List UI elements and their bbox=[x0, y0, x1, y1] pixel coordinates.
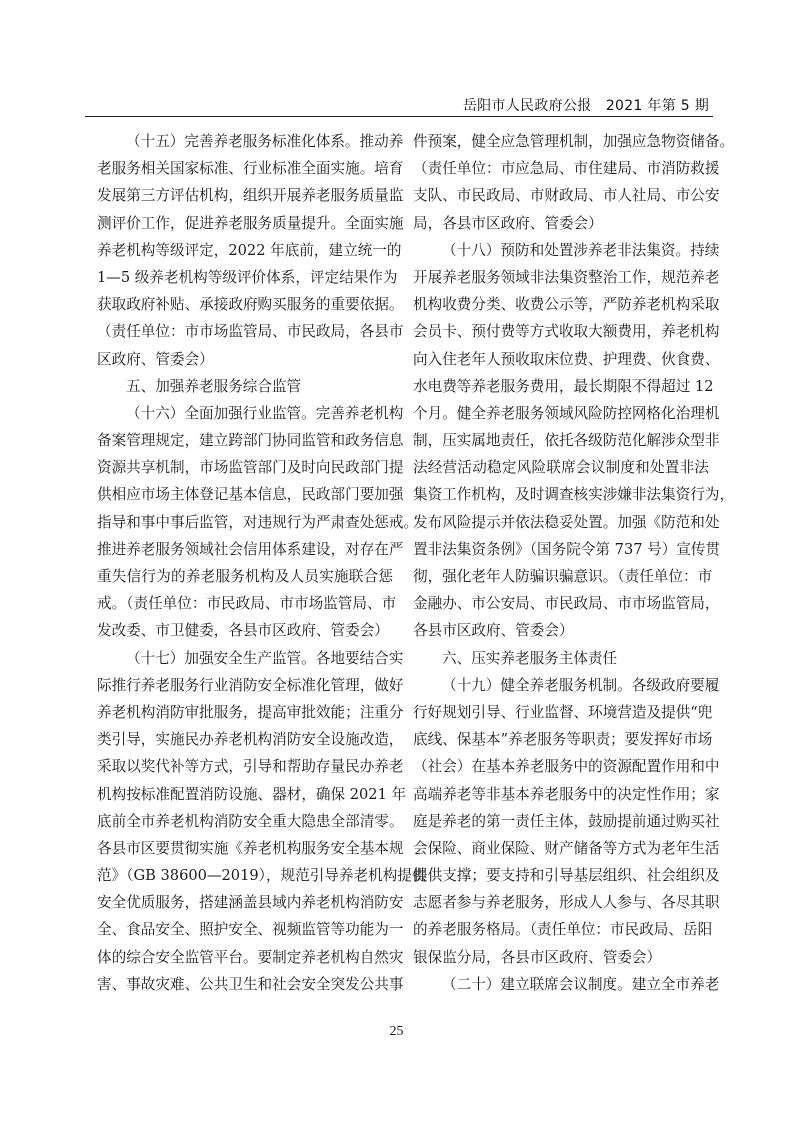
text-line: 老服务相关国家标准、行业标准全面实施。培育 bbox=[97, 155, 393, 182]
publication-name: 岳阳市人民政府公报 bbox=[463, 98, 592, 114]
text-line: 制，压实属地责任，依托各级防范化解涉众型非 bbox=[413, 427, 709, 454]
text-line: 重失信行为的养老服务机构及人员实施联合惩 bbox=[97, 563, 393, 590]
text-line: 六、压实养老服务主体责任 bbox=[413, 645, 709, 672]
text-line: 件预案，健全应急管理机制，加强应急物资储备。 bbox=[413, 128, 709, 155]
text-line: （十八）预防和处置涉养老非法集资。持续 bbox=[413, 237, 709, 264]
text-line: 开展养老服务领域非法集资整治工作，规范养老 bbox=[413, 264, 709, 291]
text-line: 区政府、管委会） bbox=[97, 346, 393, 373]
text-line: 安全优质服务，搭建涵盖县域内养老机构消防安 bbox=[97, 889, 393, 916]
text-line: 指导和事中事后监管，对违规行为严肃查处惩戒。 bbox=[97, 509, 393, 536]
text-line: （十七）加强安全生产监管。各地要结合实 bbox=[97, 645, 393, 672]
page-number: 25 bbox=[0, 1024, 793, 1040]
text-line: 志愿者参与养老服务，形成人人参与、各尽其职 bbox=[413, 889, 709, 916]
text-line: 养老机构等级评定，2022 年底前，建立统一的 bbox=[97, 237, 393, 264]
text-line: 法经营活动稳定风险联席会议制度和处置非法 bbox=[413, 454, 709, 481]
text-line: 会员卡、预付费等方式收取大额费用，养老机构 bbox=[413, 318, 709, 345]
text-line: 金融办、市公安局、市民政局、市市场监管局， bbox=[413, 590, 709, 617]
text-line: 范》（GB 38600—2019），规范引导养老机构提供 bbox=[97, 862, 393, 889]
text-line: （责任单位：市市场监管局、市民政局，各县市 bbox=[97, 318, 393, 345]
text-line: 体的综合安全监管平台。要制定养老机构自然灾 bbox=[97, 944, 393, 971]
text-line: 银保监分局，各县市区政府、管委会） bbox=[413, 944, 709, 971]
issue-number: 2021 年第 5 期 bbox=[606, 98, 709, 114]
text-line: 个月。健全养老服务领域风险防控网格化治理机 bbox=[413, 400, 709, 427]
text-line: 戒。（责任单位：市民政局、市市场监管局、市 bbox=[97, 590, 393, 617]
text-line: 发改委、市卫健委，各县市区政府、管委会） bbox=[97, 617, 393, 644]
right-column: 件预案，健全应急管理机制，加强应急物资储备。（责任单位：市应急局、市住建局、市消… bbox=[413, 128, 709, 998]
text-line: 资源共享机制，市场监管部门及时向民政部门提 bbox=[97, 454, 393, 481]
text-line: 的养老服务格局。（责任单位：市民政局、岳阳 bbox=[413, 916, 709, 943]
running-header: 岳阳市人民政府公报 2021 年第 5 期 bbox=[85, 94, 713, 117]
text-line: 向入住老年人预收取床位费、护理费、伙食费、 bbox=[413, 346, 709, 373]
text-line: （二十）建立联席会议制度。建立全市养老 bbox=[413, 971, 709, 998]
text-line: 类引导，实施民办养老机构消防安全设施改造， bbox=[97, 726, 393, 753]
text-line: 养老机构消防审批服务，提高审批效能；注重分 bbox=[97, 699, 393, 726]
text-line: 彻，强化老年人防骗识骗意识。（责任单位：市 bbox=[413, 563, 709, 590]
text-line: 采取以奖代补等方式，引导和帮助存量民办养老 bbox=[97, 753, 393, 780]
text-line: 机构收费分类、收费公示等，严防养老机构采取 bbox=[413, 291, 709, 318]
text-line: 五、加强养老服务综合监管 bbox=[97, 373, 393, 400]
text-line: 行好规划引导、行业监督、环境营造及提供“兜 bbox=[413, 699, 709, 726]
text-line: （十九）健全养老服务机制。各级政府要履 bbox=[413, 672, 709, 699]
text-line: （责任单位：市应急局、市住建局、市消防救援 bbox=[413, 155, 709, 182]
text-line: 机构按标准配置消防设施、器材，确保 2021 年 bbox=[97, 781, 393, 808]
text-line: 局，各县市区政府、管委会） bbox=[413, 210, 709, 237]
text-line: 底线、保基本”养老服务等职责；要发挥好市场 bbox=[413, 726, 709, 753]
text-line: （社会）在基本养老服务中的资源配置作用和中 bbox=[413, 753, 709, 780]
text-line: 测评价工作，促进养老服务质量提升。全面实施 bbox=[97, 210, 393, 237]
text-line: 底前全市养老机构消防安全重大隐患全部清零。 bbox=[97, 808, 393, 835]
text-line: 提供支撑；要支持和引导基层组织、社会组织及 bbox=[413, 862, 709, 889]
text-line: （十六）全面加强行业监管。完善养老机构 bbox=[97, 400, 393, 427]
text-line: 际推行养老服务行业消防安全标准化管理，做好 bbox=[97, 672, 393, 699]
text-line: 各县市区要贯彻实施《养老机构服务安全基本规 bbox=[97, 835, 393, 862]
text-line: 全、食品安全、照护安全、视频监管等功能为一 bbox=[97, 916, 393, 943]
text-line: 会保险、商业保险、财产储备等方式为老年生活 bbox=[413, 835, 709, 862]
text-line: 各县市区政府、管委会） bbox=[413, 617, 709, 644]
text-line: 支队、市民政局、市财政局、市人社局、市公安 bbox=[413, 182, 709, 209]
text-line: 1—5 级养老机构等级评价体系，评定结果作为 bbox=[97, 264, 393, 291]
text-line: 获取政府补贴、承接政府购买服务的重要依据。 bbox=[97, 291, 393, 318]
text-line: 发布风险提示并依法稳妥处置。加强《防范和处 bbox=[413, 509, 709, 536]
left-column: （十五）完善养老服务标准化体系。推动养老服务相关国家标准、行业标准全面实施。培育… bbox=[97, 128, 393, 998]
text-line: 集资工作机构，及时调查核实涉嫌非法集资行为， bbox=[413, 481, 709, 508]
text-line: 推进养老服务领域社会信用体系建设，对存在严 bbox=[97, 536, 393, 563]
text-line: 置非法集资条例》（国务院令第 737 号）宣传贯 bbox=[413, 536, 709, 563]
text-line: 水电费等养老服务费用，最长期限不得超过 12 bbox=[413, 373, 709, 400]
text-line: 庭是养老的第一责任主体，鼓励提前通过购买社 bbox=[413, 808, 709, 835]
text-line: 害、事故灾难、公共卫生和社会安全突发公共事 bbox=[97, 971, 393, 998]
text-line: 高端养老等非基本养老服务中的决定性作用；家 bbox=[413, 781, 709, 808]
text-line: 发展第三方评估机构，组织开展养老服务质量监 bbox=[97, 182, 393, 209]
text-line: 供相应市场主体登记基本信息，民政部门要加强 bbox=[97, 481, 393, 508]
text-line: （十五）完善养老服务标准化体系。推动养 bbox=[97, 128, 393, 155]
header-title: 岳阳市人民政府公报 2021 年第 5 期 bbox=[463, 95, 709, 115]
text-line: 备案管理规定，建立跨部门协同监管和政务信息 bbox=[97, 427, 393, 454]
